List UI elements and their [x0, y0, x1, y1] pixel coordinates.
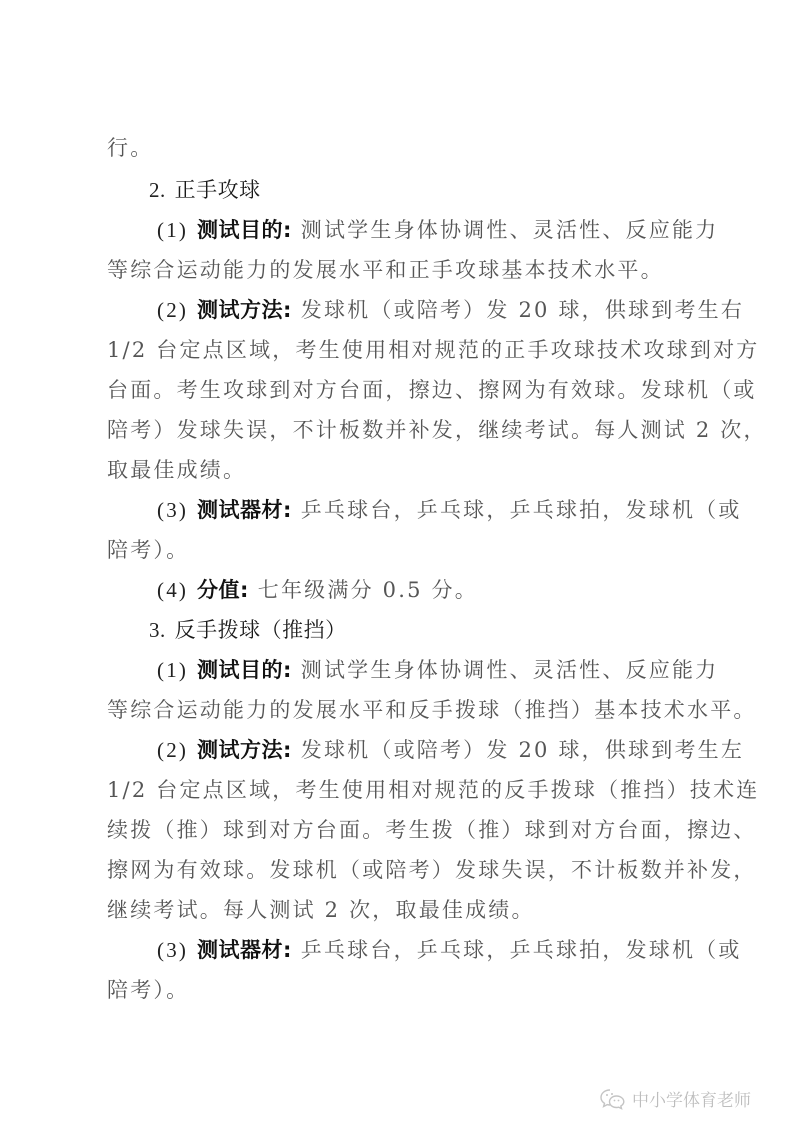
- text-line: 陪考）。: [107, 976, 189, 1004]
- watermark: 中小学体育老师: [600, 1086, 751, 1111]
- section-heading: 3. 反手拨球（推挡）: [149, 616, 347, 644]
- text-line: 陪考）发球失误，不计板数并补发，继续考试。每人测试 2 次，: [107, 416, 767, 444]
- watermark-text: 中小学体育老师: [632, 1086, 751, 1111]
- item-line: (1) 测试目的: 测试学生身体协调性、灵活性、反应能力: [157, 216, 718, 244]
- item-line: (4) 分值: 七年级满分 0.5 分。: [157, 576, 478, 604]
- text-line: 等综合运动能力的发展水平和反手拨球（推挡）基本技术水平。: [107, 696, 757, 724]
- text-line: 擦网为有效球。发球机（或陪考）发球失误，不计板数并补发，: [107, 856, 757, 884]
- item-line: (3) 测试器材: 乒乓球台，乒乓球，乒乓球拍，发球机（或: [157, 936, 742, 964]
- item-line: (2) 测试方法: 发球机（或陪考）发 20 球，供球到考生左: [157, 736, 744, 764]
- wechat-icon: [600, 1088, 626, 1110]
- text-line: 继续考试。每人测试 2 次，取最佳成绩。: [107, 896, 535, 924]
- text-line: 1/2 台定点区域，考生使用相对规范的正手攻球技术攻球到对方: [107, 336, 759, 364]
- text-line: 取最佳成绩。: [107, 456, 246, 484]
- section-heading: 2. 正手攻球: [149, 176, 261, 204]
- text-line: 行。: [107, 134, 153, 162]
- item-line: (3) 测试器材: 乒乓球台，乒乓球，乒乓球拍，发球机（或: [157, 496, 742, 524]
- item-line: (2) 测试方法: 发球机（或陪考）发 20 球，供球到考生右: [157, 296, 744, 324]
- text-line: 1/2 台定点区域，考生使用相对规范的反手拨球（推挡）技术连: [107, 776, 759, 804]
- text-line: 陪考）。: [107, 536, 189, 564]
- text-line: 续拨（推）球到对方台面。考生拨（推）球到对方台面，擦边、: [107, 816, 757, 844]
- item-line: (1) 测试目的: 测试学生身体协调性、灵活性、反应能力: [157, 656, 718, 684]
- text-line: 等综合运动能力的发展水平和正手攻球基本技术水平。: [107, 256, 664, 284]
- text-line: 台面。考生攻球到对方台面，擦边、擦网为有效球。发球机（或: [107, 376, 757, 404]
